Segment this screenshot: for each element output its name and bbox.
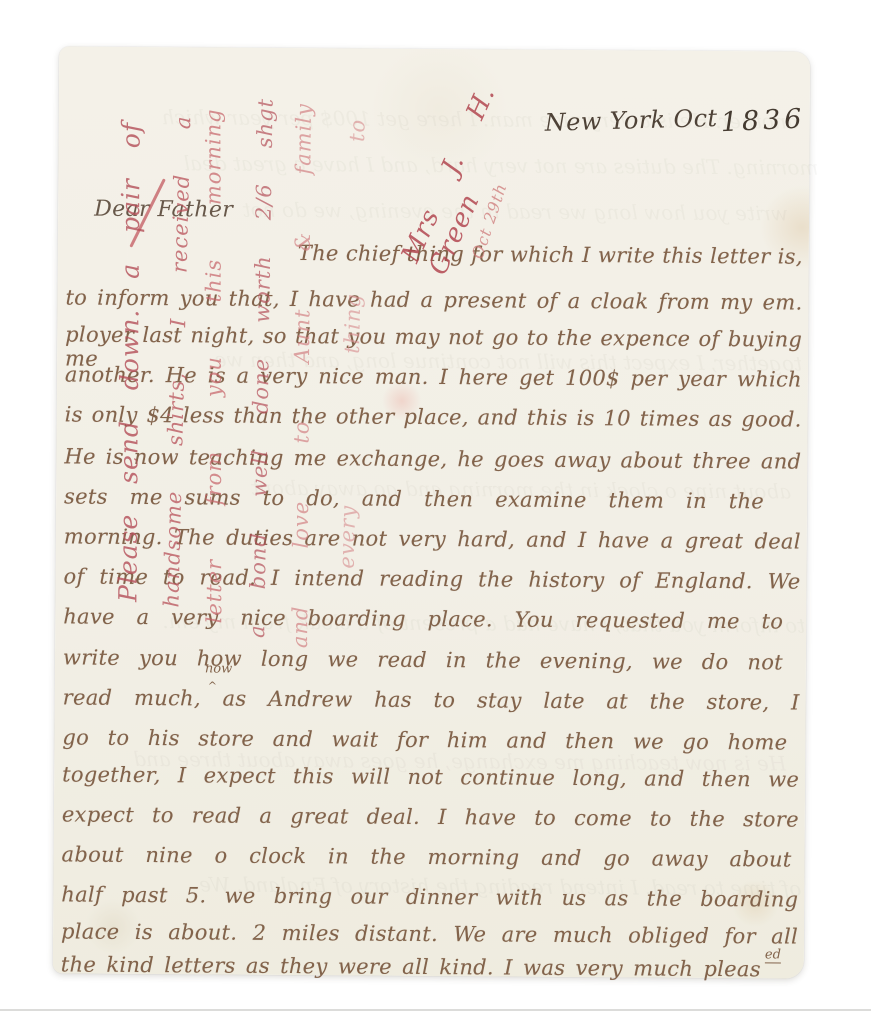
cross-writing-column: a bond well done worth 2/6 shgt (245, 98, 277, 638)
letter-line: about nine o clock in the morning and go… (62, 842, 792, 871)
cross-writing-column: letter from you this morning (201, 108, 226, 623)
superscript-ed: ed (765, 947, 781, 963)
letter-line: expect to read a great deal. I have to c… (62, 802, 799, 831)
letter-line: have a very nice boarding place. You req… (63, 604, 783, 633)
dateline-year: 1836 (720, 103, 806, 138)
letter-line: place is about. 2 miles distant. We are … (61, 919, 798, 948)
letter-line: together, I expect this will not continu… (62, 762, 799, 791)
letter-line: the kind letters as they were all kind. … (61, 952, 761, 981)
letter-line: write you how long we read in the evenin… (63, 645, 783, 674)
letter-line: half past 5. we bring our dinner with us… (61, 882, 798, 911)
inserted-word: now (205, 661, 232, 676)
letter-line: The chief thing for which I write this l… (298, 241, 803, 269)
letter-line: read much, as Andrew has to stay late at… (63, 685, 800, 714)
caret-mark: ^ (208, 679, 217, 692)
letter-line: go to his store and wait for him and the… (62, 725, 787, 754)
cross-writing-column: and love to Aunt & family (288, 103, 316, 648)
cross-writing-column: Please send down. a pair of (113, 122, 145, 602)
dateline-place: New York Oct (544, 104, 718, 137)
scan-edge-line (0, 1009, 871, 1011)
letter-page: another. He is a very nice man. I here g… (53, 46, 810, 978)
